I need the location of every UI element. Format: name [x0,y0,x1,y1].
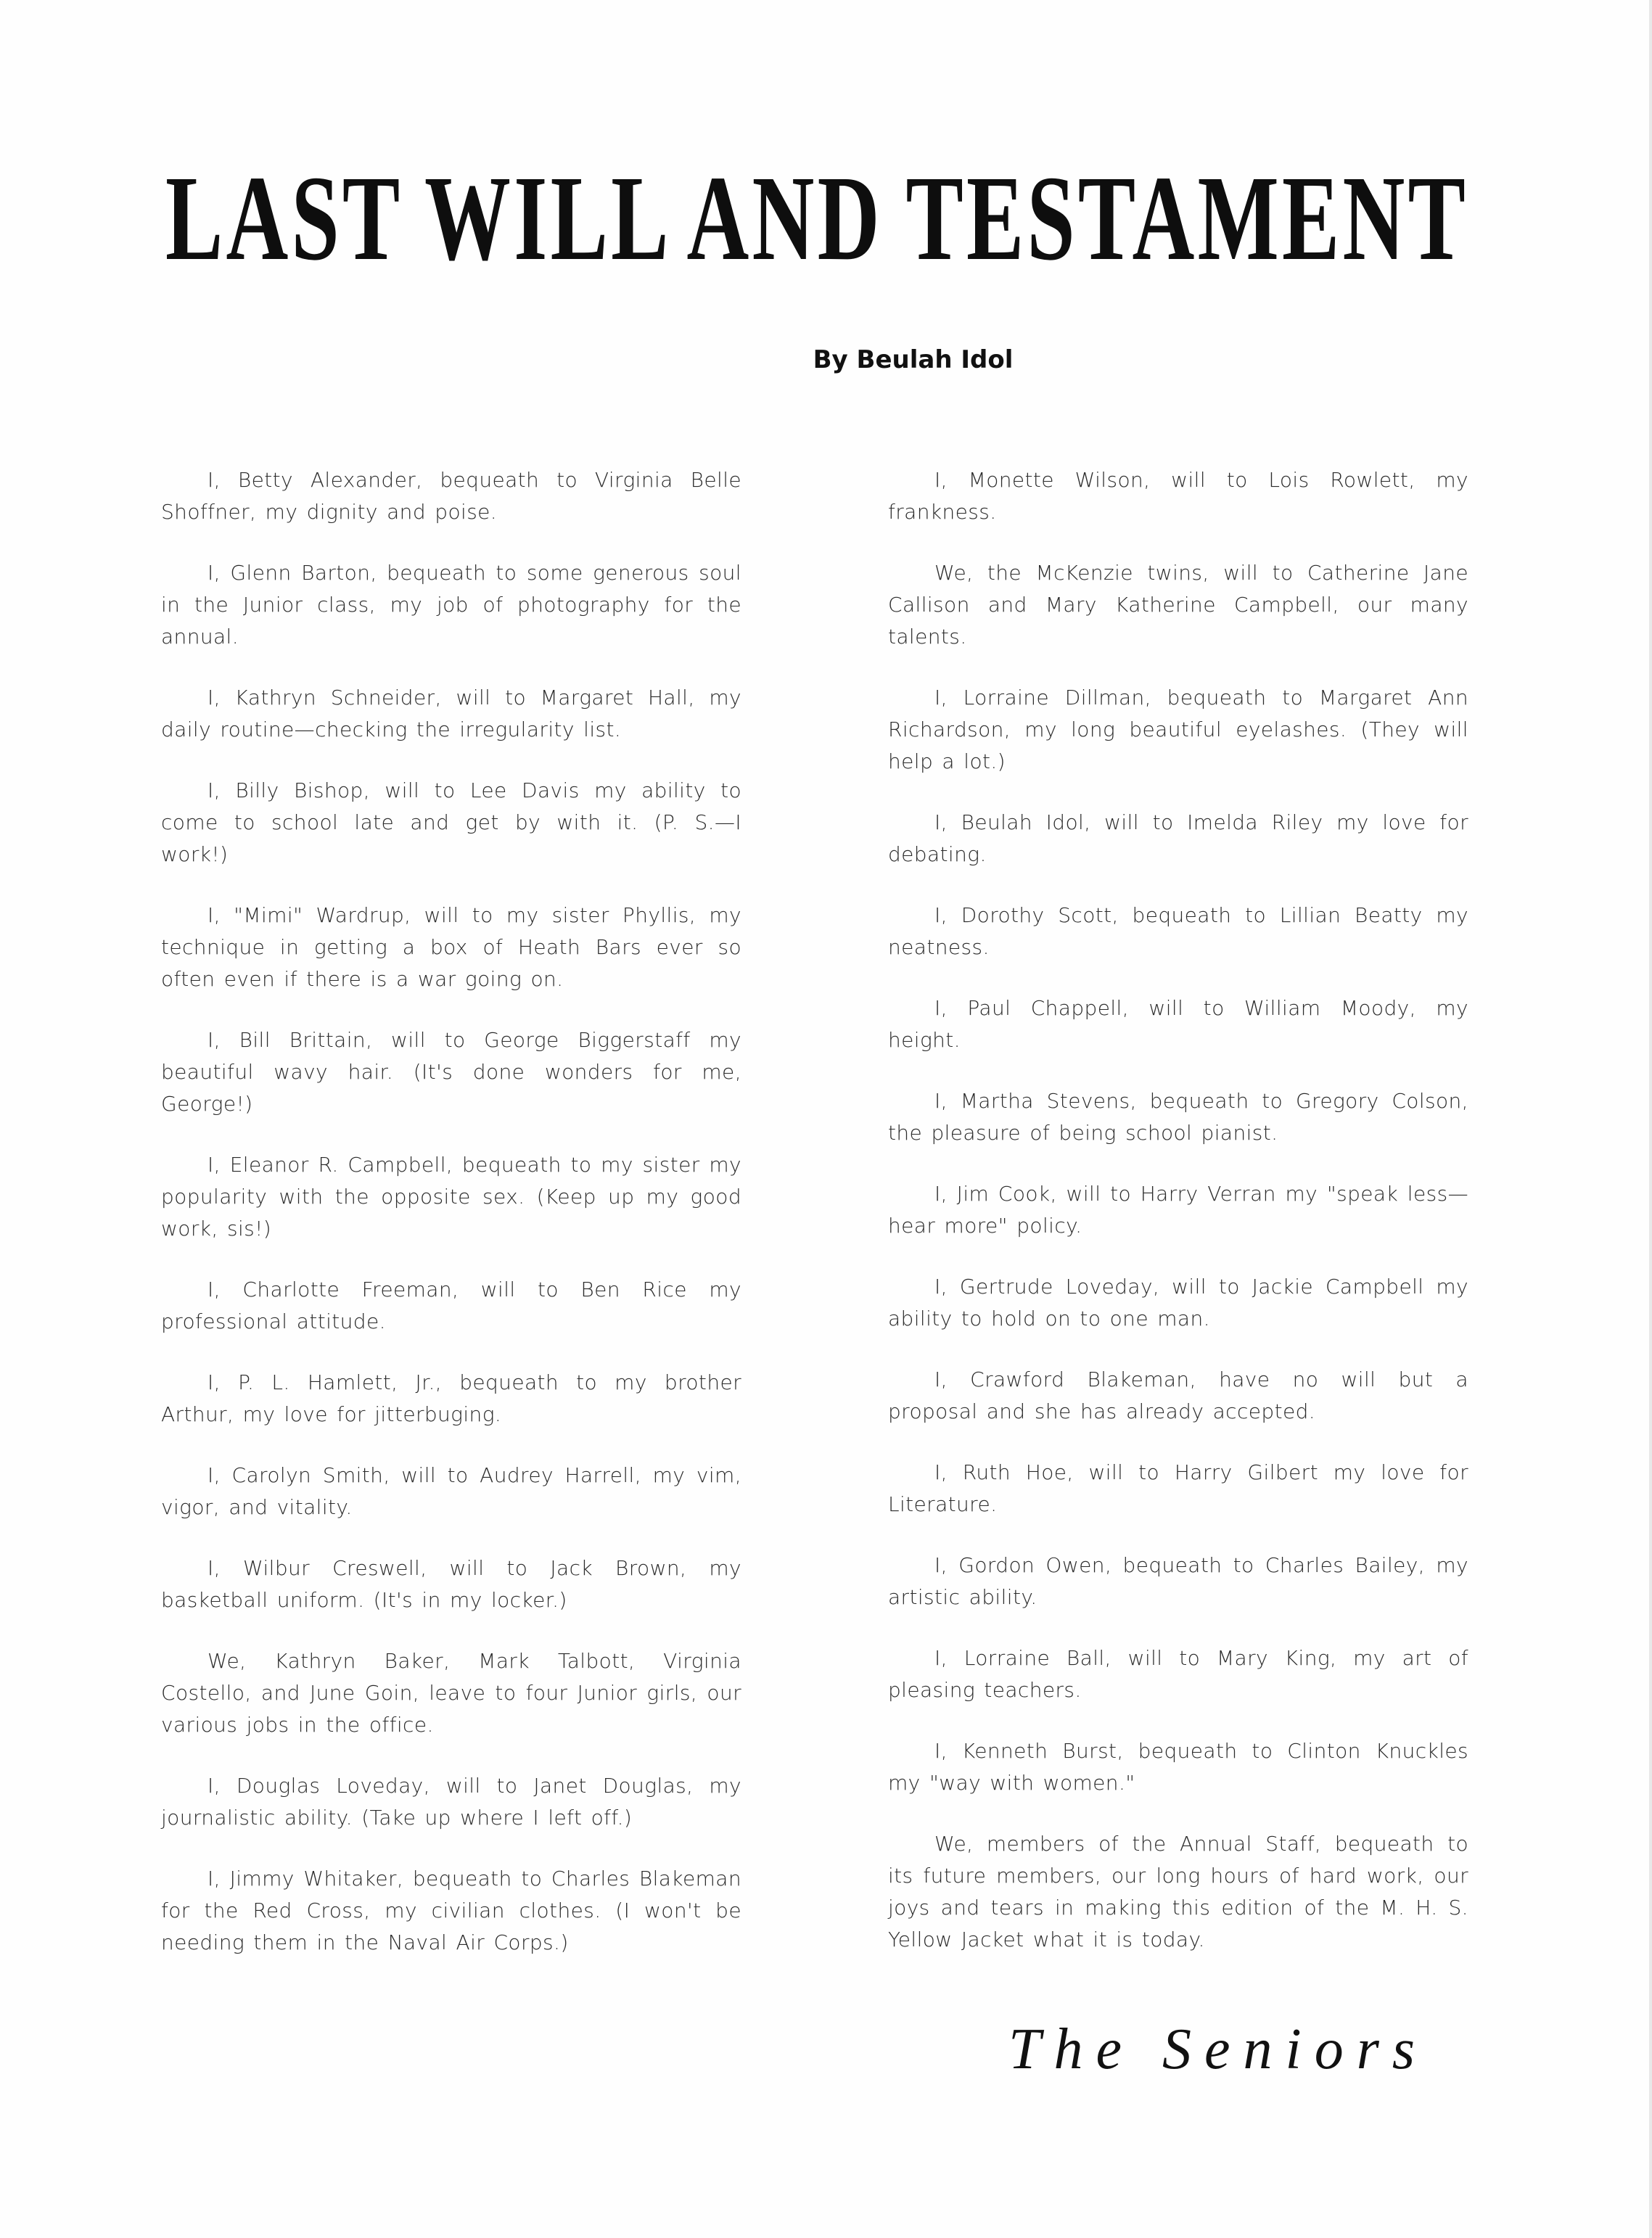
will-entry: I, P. L. Hamlett, Jr., bequeath to my br… [161,1367,741,1431]
will-entry: I, Lorraine Ball, will to Mary King, my … [888,1642,1468,1706]
will-entry: I, Dorothy Scott, bequeath to Lillian Be… [888,900,1468,963]
will-entry: I, Ruth Hoe, will to Harry Gilbert my lo… [888,1457,1468,1521]
will-entry: I, Kenneth Burst, bequeath to Clinton Kn… [888,1735,1468,1799]
will-entry: I, Carolyn Smith, will to Audrey Harrell… [161,1460,741,1523]
will-entry: We, Kathryn Baker, Mark Talbott, Virgini… [161,1645,741,1741]
will-entry: I, Paul Chappell, will to William Moody,… [888,992,1468,1056]
will-entry: I, Martha Stevens, bequeath to Gregory C… [888,1085,1468,1149]
will-entry: I, Bill Brittain, will to George Biggers… [161,1024,741,1120]
will-entry: We, the McKenzie twins, will to Catherin… [888,557,1468,653]
will-entry: I, Beulah Idol, will to Imelda Riley my … [888,807,1468,871]
will-entry: I, "Mimi" Wardrup, will to my sister Phy… [161,900,741,995]
will-entry: I, Betty Alexander, bequeath to Virginia… [161,464,741,528]
signature: The Seniors [1008,2017,1444,2083]
will-entry: I, Jim Cook, will to Harry Verran my "sp… [888,1178,1468,1242]
will-entry: I, Gordon Owen, bequeath to Charles Bail… [888,1550,1468,1613]
will-entry: We, members of the Annual Staff, bequeat… [888,1828,1468,1956]
will-entry: I, Charlotte Freeman, will to Ben Rice m… [161,1274,741,1338]
right-column: I, Monette Wilson, will to Lois Rowlett,… [888,464,1468,1985]
left-column: I, Betty Alexander, bequeath to Virginia… [161,464,741,1988]
yearbook-page: LAST WILL AND TESTAMENT By Beulah Idol I… [0,0,1652,2238]
byline: By Beulah Idol [0,345,1652,374]
will-entry: I, Wilbur Creswell, will to Jack Brown, … [161,1552,741,1616]
will-entry: I, Glenn Barton, bequeath to some genero… [161,557,741,653]
page-edge-shadow [1649,0,1652,2238]
will-entry: I, Gertrude Loveday, will to Jackie Camp… [888,1271,1468,1335]
will-entry: I, Lorraine Dillman, bequeath to Margare… [888,682,1468,778]
title-container: LAST WILL AND TESTAMENT [165,164,1468,273]
will-entry: I, Douglas Loveday, will to Janet Dougla… [161,1770,741,1834]
will-entry: I, Jimmy Whitaker, bequeath to Charles B… [161,1863,741,1959]
will-entry: I, Crawford Blakeman, have no will but a… [888,1364,1468,1428]
will-entry: I, Kathryn Schneider, will to Margaret H… [161,682,741,746]
page-title: LAST WILL AND TESTAMENT [165,164,1087,273]
will-entry: I, Billy Bishop, will to Lee Davis my ab… [161,775,741,871]
will-entry: I, Eleanor R. Campbell, bequeath to my s… [161,1149,741,1245]
will-entry: I, Monette Wilson, will to Lois Rowlett,… [888,464,1468,528]
